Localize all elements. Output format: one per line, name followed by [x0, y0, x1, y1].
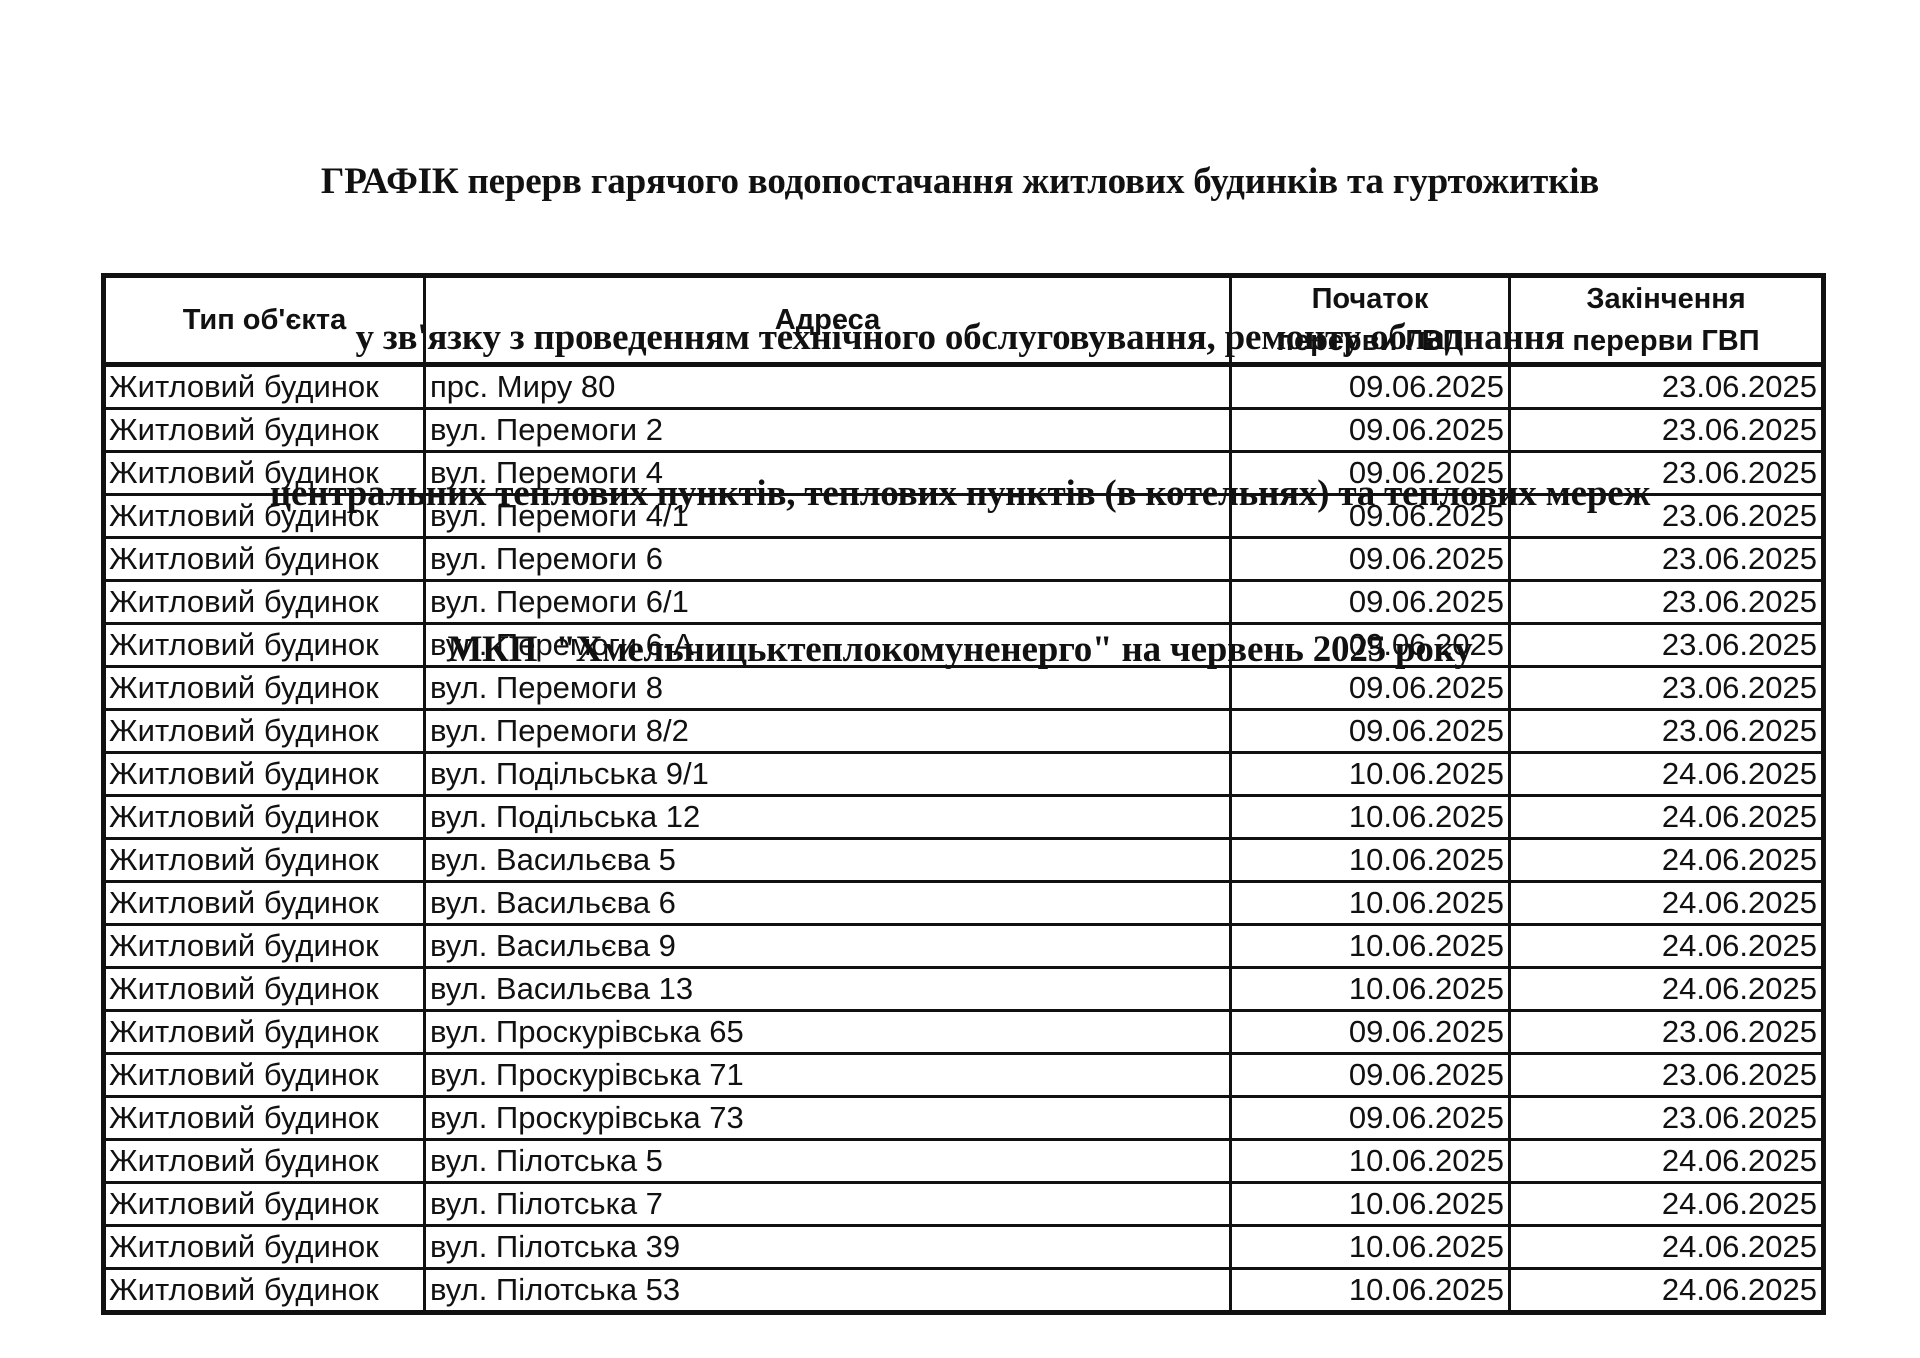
cell-start-date: 09.06.2025 — [1231, 1011, 1510, 1054]
cell-start-date: 10.06.2025 — [1231, 1140, 1510, 1183]
table-row: Житловий будиноквул. Проскурівська 6509.… — [104, 1011, 1824, 1054]
cell-address: вул. Перемоги 6 — [425, 538, 1231, 581]
cell-start-date: 10.06.2025 — [1231, 753, 1510, 796]
cell-end-date: 23.06.2025 — [1510, 624, 1824, 667]
cell-address: вул. Пілотська 53 — [425, 1269, 1231, 1313]
cell-end-date: 24.06.2025 — [1510, 1269, 1824, 1313]
table-row: Житловий будиноквул. Проскурівська 7309.… — [104, 1097, 1824, 1140]
cell-start-date: 09.06.2025 — [1231, 1097, 1510, 1140]
cell-start-date: 09.06.2025 — [1231, 710, 1510, 753]
cell-end-date: 23.06.2025 — [1510, 581, 1824, 624]
header-label-line2: перерви ГВП — [1572, 325, 1759, 357]
cell-end-date: 23.06.2025 — [1510, 452, 1824, 495]
cell-object-type: Житловий будинок — [104, 839, 425, 882]
cell-start-date: 09.06.2025 — [1231, 452, 1510, 495]
cell-address: вул. Перемоги 4 — [425, 452, 1231, 495]
cell-address: вул. Перемоги 4/1 — [425, 495, 1231, 538]
table-row: Житловий будиноквул. Пілотська 510.06.20… — [104, 1140, 1824, 1183]
cell-address: вул. Васильєва 13 — [425, 968, 1231, 1011]
table-row: Житловий будиноквул. Перемоги 809.06.202… — [104, 667, 1824, 710]
cell-address: вул. Перемоги 8 — [425, 667, 1231, 710]
cell-start-date: 09.06.2025 — [1231, 581, 1510, 624]
schedule-table: Тип об'єкта Адреса Початок перерви ГВП З… — [101, 273, 1826, 1315]
column-header-object-type: Тип об'єкта — [104, 276, 425, 365]
cell-start-date: 10.06.2025 — [1231, 1226, 1510, 1269]
cell-address: вул. Пілотська 7 — [425, 1183, 1231, 1226]
table-row: Житловий будиноквул. Перемоги 409.06.202… — [104, 452, 1824, 495]
cell-address: вул. Васильєва 5 — [425, 839, 1231, 882]
table-row: Житловий будиноквул. Перемоги 209.06.202… — [104, 409, 1824, 452]
cell-object-type: Житловий будинок — [104, 753, 425, 796]
cell-start-date: 10.06.2025 — [1231, 925, 1510, 968]
cell-object-type: Житловий будинок — [104, 1011, 425, 1054]
table-row: Житловий будиноквул. Васильєва 910.06.20… — [104, 925, 1824, 968]
table-row: Житловий будиноквул. Васильєва 1310.06.2… — [104, 968, 1824, 1011]
cell-end-date: 23.06.2025 — [1510, 409, 1824, 452]
cell-address: вул. Перемоги 6/1 — [425, 581, 1231, 624]
cell-end-date: 24.06.2025 — [1510, 839, 1824, 882]
cell-end-date: 23.06.2025 — [1510, 538, 1824, 581]
column-header-start: Початок перерви ГВП — [1231, 276, 1510, 365]
cell-end-date: 23.06.2025 — [1510, 365, 1824, 409]
cell-start-date: 09.06.2025 — [1231, 495, 1510, 538]
column-header-end: Закінчення перерви ГВП — [1510, 276, 1824, 365]
header-label-line1: Початок — [1312, 283, 1429, 315]
cell-object-type: Житловий будинок — [104, 495, 425, 538]
table-row: Житловий будиноквул. Васильєва 610.06.20… — [104, 882, 1824, 925]
cell-end-date: 23.06.2025 — [1510, 495, 1824, 538]
cell-address: вул. Пілотська 39 — [425, 1226, 1231, 1269]
cell-object-type: Житловий будинок — [104, 581, 425, 624]
cell-address: вул. Подільська 9/1 — [425, 753, 1231, 796]
title-line-1: ГРАФІК перерв гарячого водопостачання жи… — [0, 156, 1920, 208]
cell-object-type: Житловий будинок — [104, 925, 425, 968]
cell-object-type: Житловий будинок — [104, 882, 425, 925]
cell-object-type: Житловий будинок — [104, 1097, 425, 1140]
cell-end-date: 24.06.2025 — [1510, 882, 1824, 925]
table-row: Житловий будиноквул. Перемоги 4/109.06.2… — [104, 495, 1824, 538]
table-row: Житловий будиноквул. Перемоги 8/209.06.2… — [104, 710, 1824, 753]
cell-address: вул. Васильєва 6 — [425, 882, 1231, 925]
table-row: Житловий будиноквул. Васильєва 510.06.20… — [104, 839, 1824, 882]
cell-address: вул. Подільська 12 — [425, 796, 1231, 839]
cell-object-type: Житловий будинок — [104, 538, 425, 581]
table-row: Житловий будиноквул. Подільська 1210.06.… — [104, 796, 1824, 839]
cell-end-date: 24.06.2025 — [1510, 968, 1824, 1011]
cell-end-date: 23.06.2025 — [1510, 1097, 1824, 1140]
cell-end-date: 24.06.2025 — [1510, 1226, 1824, 1269]
cell-address: вул. Перемоги 6-А — [425, 624, 1231, 667]
cell-start-date: 10.06.2025 — [1231, 796, 1510, 839]
cell-start-date: 10.06.2025 — [1231, 1269, 1510, 1313]
cell-start-date: 10.06.2025 — [1231, 839, 1510, 882]
cell-start-date: 09.06.2025 — [1231, 538, 1510, 581]
cell-address: вул. Проскурівська 71 — [425, 1054, 1231, 1097]
cell-end-date: 23.06.2025 — [1510, 1011, 1824, 1054]
cell-object-type: Житловий будинок — [104, 624, 425, 667]
cell-end-date: 23.06.2025 — [1510, 1054, 1824, 1097]
cell-object-type: Житловий будинок — [104, 409, 425, 452]
cell-start-date: 09.06.2025 — [1231, 667, 1510, 710]
cell-address: вул. Проскурівська 65 — [425, 1011, 1231, 1054]
cell-start-date: 09.06.2025 — [1231, 1054, 1510, 1097]
table-row: Житловий будиноквул. Пілотська 5310.06.2… — [104, 1269, 1824, 1313]
header-label-line1: Закінчення — [1586, 283, 1745, 315]
cell-address: вул. Проскурівська 73 — [425, 1097, 1231, 1140]
cell-end-date: 23.06.2025 — [1510, 710, 1824, 753]
cell-address: вул. Перемоги 8/2 — [425, 710, 1231, 753]
column-header-address: Адреса — [425, 276, 1231, 365]
table-row: Житловий будиноквул. Пілотська 710.06.20… — [104, 1183, 1824, 1226]
table-row: Житловий будиноквул. Перемоги 609.06.202… — [104, 538, 1824, 581]
cell-start-date: 10.06.2025 — [1231, 882, 1510, 925]
cell-start-date: 09.06.2025 — [1231, 409, 1510, 452]
cell-end-date: 24.06.2025 — [1510, 925, 1824, 968]
header-label: Тип об'єкта — [183, 304, 346, 336]
cell-object-type: Житловий будинок — [104, 796, 425, 839]
table-row: Житловий будиноквул. Подільська 9/110.06… — [104, 753, 1824, 796]
cell-object-type: Житловий будинок — [104, 452, 425, 495]
cell-object-type: Житловий будинок — [104, 1054, 425, 1097]
header-label: Адреса — [775, 304, 880, 336]
cell-address: вул. Васильєва 9 — [425, 925, 1231, 968]
cell-address: вул. Перемоги 2 — [425, 409, 1231, 452]
table-header-row: Тип об'єкта Адреса Початок перерви ГВП З… — [104, 276, 1824, 365]
header-label-line2: перерви ГВП — [1276, 325, 1463, 357]
table-body: Житловий будинокпрс. Миру 8009.06.202523… — [104, 365, 1824, 1313]
cell-object-type: Житловий будинок — [104, 968, 425, 1011]
cell-object-type: Житловий будинок — [104, 667, 425, 710]
cell-address: вул. Пілотська 5 — [425, 1140, 1231, 1183]
table-row: Житловий будиноквул. Перемоги 6/109.06.2… — [104, 581, 1824, 624]
cell-start-date: 09.06.2025 — [1231, 624, 1510, 667]
cell-start-date: 10.06.2025 — [1231, 1183, 1510, 1226]
table-row: Житловий будиноквул. Проскурівська 7109.… — [104, 1054, 1824, 1097]
cell-object-type: Житловий будинок — [104, 1183, 425, 1226]
cell-end-date: 24.06.2025 — [1510, 753, 1824, 796]
table-row: Житловий будиноквул. Перемоги 6-А09.06.2… — [104, 624, 1824, 667]
table-row: Житловий будиноквул. Пілотська 3910.06.2… — [104, 1226, 1824, 1269]
cell-object-type: Житловий будинок — [104, 1269, 425, 1313]
cell-address: прс. Миру 80 — [425, 365, 1231, 409]
table-row: Житловий будинокпрс. Миру 8009.06.202523… — [104, 365, 1824, 409]
cell-object-type: Житловий будинок — [104, 1226, 425, 1269]
cell-start-date: 10.06.2025 — [1231, 968, 1510, 1011]
cell-object-type: Житловий будинок — [104, 1140, 425, 1183]
cell-end-date: 23.06.2025 — [1510, 667, 1824, 710]
cell-object-type: Житловий будинок — [104, 365, 425, 409]
cell-end-date: 24.06.2025 — [1510, 796, 1824, 839]
cell-end-date: 24.06.2025 — [1510, 1140, 1824, 1183]
cell-start-date: 09.06.2025 — [1231, 365, 1510, 409]
cell-end-date: 24.06.2025 — [1510, 1183, 1824, 1226]
cell-object-type: Житловий будинок — [104, 710, 425, 753]
